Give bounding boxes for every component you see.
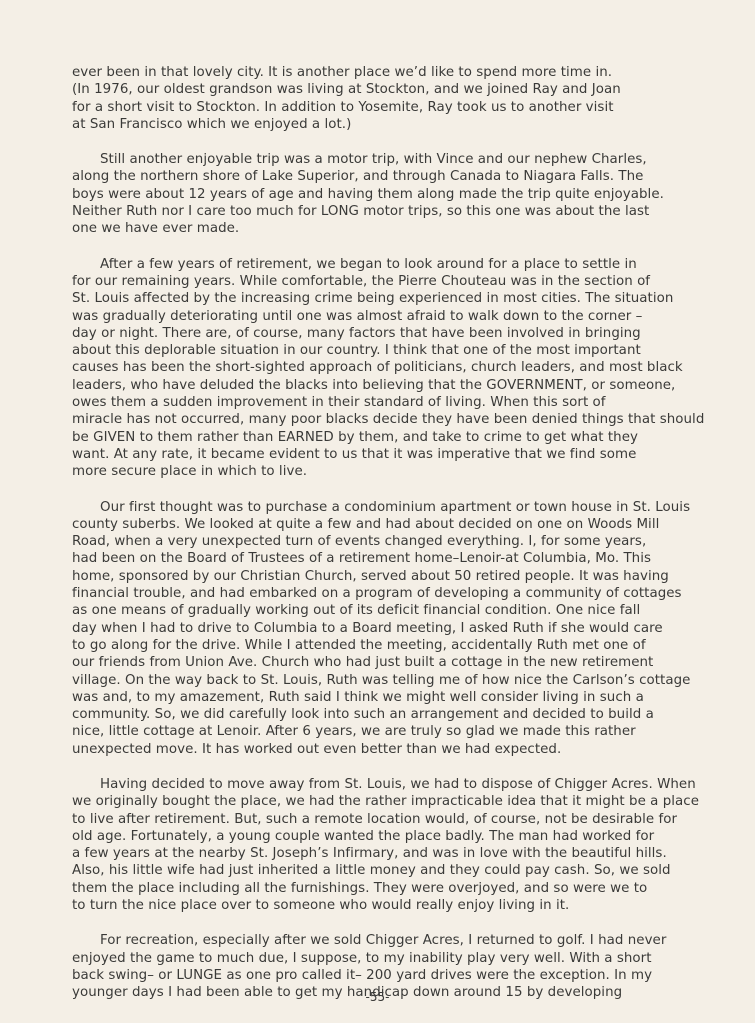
text-line: enjoyed the game to much due, I suppose,… xyxy=(72,950,712,967)
text-line: home, sponsored by our Christian Church,… xyxy=(72,568,712,585)
text-line: village. On the way back to St. Louis, R… xyxy=(72,672,712,689)
text-line: old age. Fortunately, a young couple wan… xyxy=(72,828,712,845)
text-line: them the place including all the furnish… xyxy=(72,880,712,897)
text-line: Our first thought was to purchase a cond… xyxy=(72,499,712,516)
text-line: owes them a sudden improvement in their … xyxy=(72,394,712,411)
text-line: to go along for the drive. While I atten… xyxy=(72,637,712,654)
page-number: -55- xyxy=(0,990,755,1004)
text-line: Having decided to move away from St. Lou… xyxy=(72,776,712,793)
paragraph: Our first thought was to purchase a cond… xyxy=(72,499,712,758)
text-line: For recreation, especially after we sold… xyxy=(72,932,712,949)
text-line: a few years at the nearby St. Joseph’s I… xyxy=(72,845,712,862)
text-line: we originally bought the place, we had t… xyxy=(72,793,712,810)
text-line: financial trouble, and had embarked on a… xyxy=(72,585,712,602)
text-line: was gradually deteriorating until one wa… xyxy=(72,308,712,325)
text-line: St. Louis affected by the increasing cri… xyxy=(72,290,712,307)
text-line: our friends from Union Ave. Church who h… xyxy=(72,654,712,671)
paragraph: Having decided to move away from St. Lou… xyxy=(72,776,712,914)
paragraph: ever been in that lovely city. It is ano… xyxy=(72,64,712,133)
text-line: was and, to my amazement, Ruth said I th… xyxy=(72,689,712,706)
text-line: unexpected move. It has worked out even … xyxy=(72,741,712,758)
text-line: After a few years of retirement, we bega… xyxy=(72,256,712,273)
text-line: Still another enjoyable trip was a motor… xyxy=(72,151,712,168)
text-line: to live after retirement. But, such a re… xyxy=(72,811,712,828)
text-line: at San Francisco which we enjoyed a lot.… xyxy=(72,116,712,133)
paragraph: After a few years of retirement, we bega… xyxy=(72,256,712,481)
text-line: for our remaining years. While comfortab… xyxy=(72,273,712,290)
text-line: about this deplorable situation in our c… xyxy=(72,342,712,359)
text-line: Also, his little wife had just inherited… xyxy=(72,862,712,879)
text-line: ever been in that lovely city. It is ano… xyxy=(72,64,712,81)
text-line: Neither Ruth nor I care too much for LON… xyxy=(72,203,712,220)
text-line: (In 1976, our oldest grandson was living… xyxy=(72,81,712,98)
text-line: along the northern shore of Lake Superio… xyxy=(72,168,712,185)
text-line: as one means of gradually working out of… xyxy=(72,602,712,619)
text-line: day when I had to drive to Columbia to a… xyxy=(72,620,712,637)
text-line: more secure place in which to live. xyxy=(72,463,712,480)
text-line: day or night. There are, of course, many… xyxy=(72,325,712,342)
document-page: ever been in that lovely city. It is ano… xyxy=(0,0,755,1023)
text-line: be GIVEN to them rather than EARNED by t… xyxy=(72,429,712,446)
paragraph: Still another enjoyable trip was a motor… xyxy=(72,151,712,237)
text-line: miracle has not occurred, many poor blac… xyxy=(72,411,712,428)
text-line: county suberbs. We looked at quite a few… xyxy=(72,516,712,533)
text-line: Road, when a very unexpected turn of eve… xyxy=(72,533,712,550)
text-line: had been on the Board of Trustees of a r… xyxy=(72,550,712,567)
text-line: for a short visit to Stockton. In additi… xyxy=(72,99,712,116)
text-line: causes has been the short-sighted approa… xyxy=(72,359,712,376)
text-line: leaders, who have deluded the blacks int… xyxy=(72,377,712,394)
text-line: one we have ever made. xyxy=(72,220,712,237)
text-line: nice, little cottage at Lenoir. After 6 … xyxy=(72,723,712,740)
text-line: to turn the nice place over to someone w… xyxy=(72,897,712,914)
text-line: boys were about 12 years of age and havi… xyxy=(72,186,712,203)
body-text: ever been in that lovely city. It is ano… xyxy=(72,64,712,1020)
text-line: back swing– or LUNGE as one pro called i… xyxy=(72,967,712,984)
text-line: want. At any rate, it became evident to … xyxy=(72,446,712,463)
text-line: community. So, we did carefully look int… xyxy=(72,706,712,723)
